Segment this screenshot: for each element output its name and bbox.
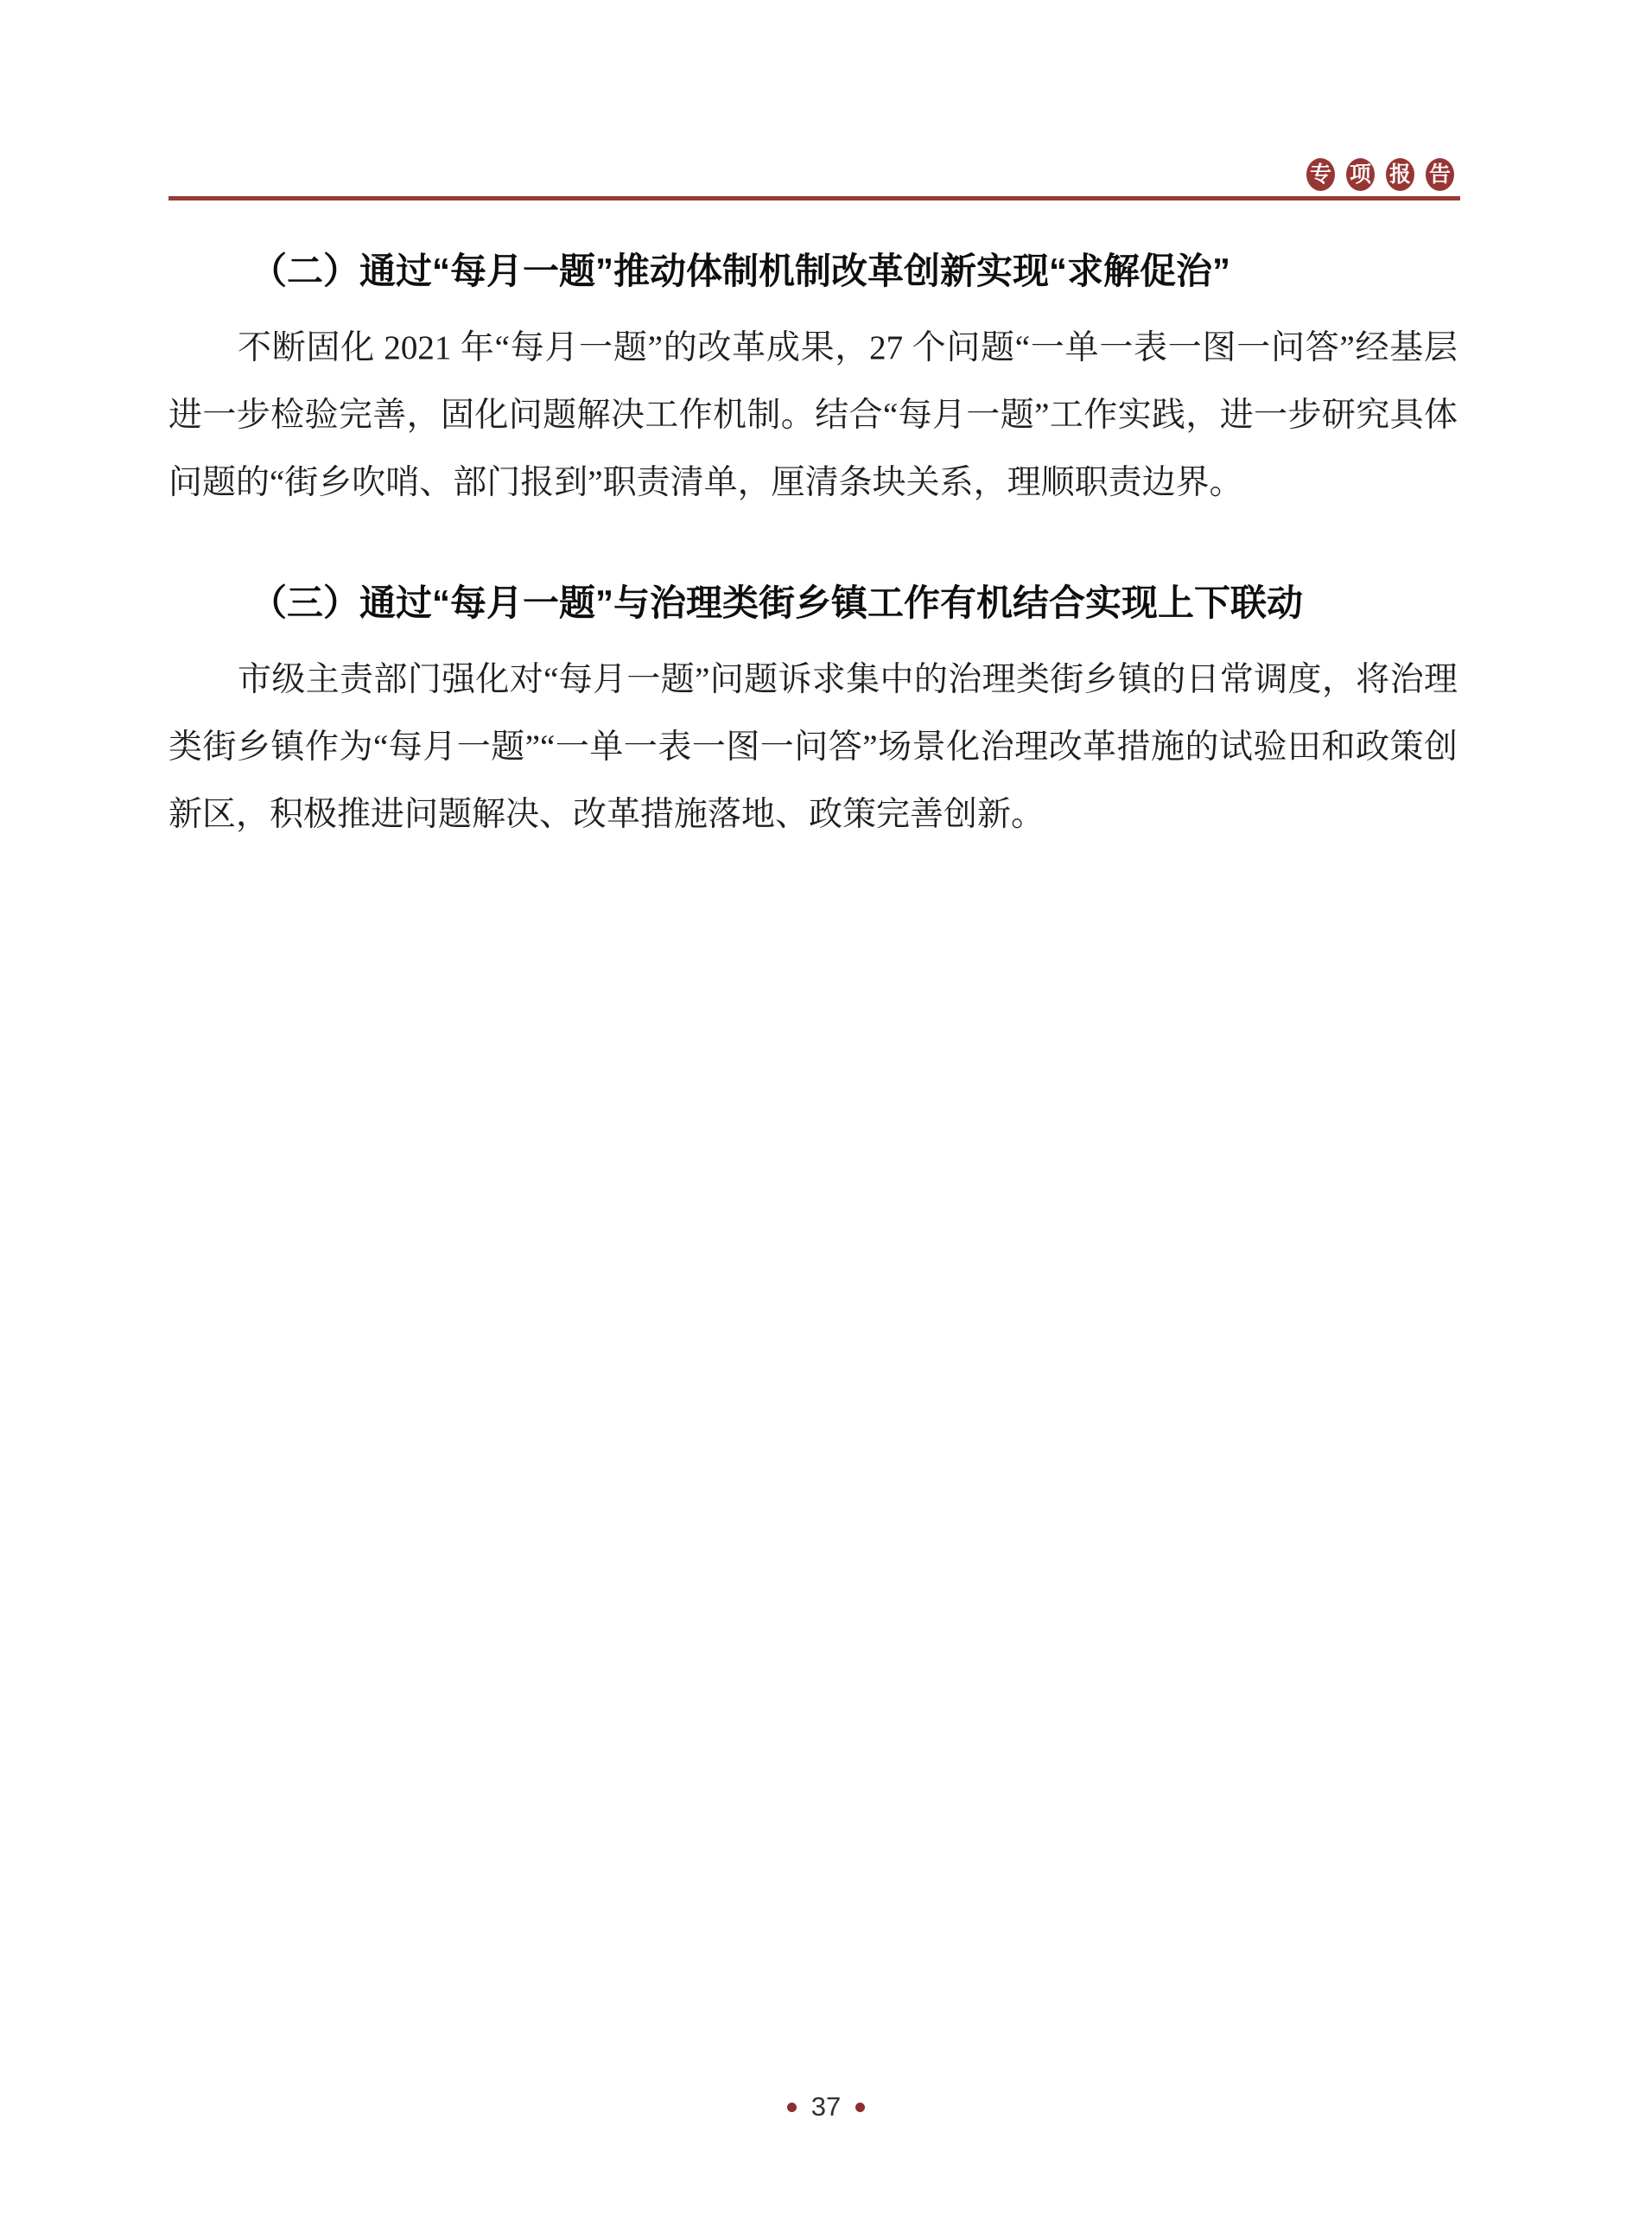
section-paragraph-2: 不断固化 2021 年“每月一题”的改革成果，27 个问题“一单一表一图一问答”… [168, 315, 1458, 517]
badge-circle: 项 [1346, 158, 1375, 191]
footer-dot-left [787, 2103, 797, 2112]
badge-circle: 专 [1306, 158, 1335, 191]
section-paragraph-3: 市级主责部门强化对“每月一题”问题诉求集中的治理类街乡镇的日常调度，将治理类街乡… [168, 646, 1458, 849]
footer-dot-right [855, 2103, 865, 2112]
page-number: 37 [811, 2092, 841, 2122]
report-type-badge: 专 项 报 告 [1306, 158, 1454, 191]
section-heading-3: （三）通过“每月一题”与治理类街乡镇工作有机结合实现上下联动 [168, 581, 1460, 626]
badge-char: 专 [1310, 164, 1331, 186]
badge-circle: 告 [1426, 158, 1454, 191]
page-footer: 37 [0, 2092, 1652, 2122]
badge-char: 报 [1389, 164, 1411, 186]
document-page: 专 项 报 告 （二）通过“每月一题”推动体制机制改革创新实现“求解促治” 不断… [0, 0, 1652, 2240]
badge-circle: 报 [1386, 158, 1414, 191]
badge-char: 项 [1350, 164, 1371, 186]
section-heading-2: （二）通过“每月一题”推动体制机制改革创新实现“求解促治” [168, 249, 1460, 294]
header-rule [168, 196, 1460, 200]
badge-char: 告 [1429, 164, 1451, 186]
